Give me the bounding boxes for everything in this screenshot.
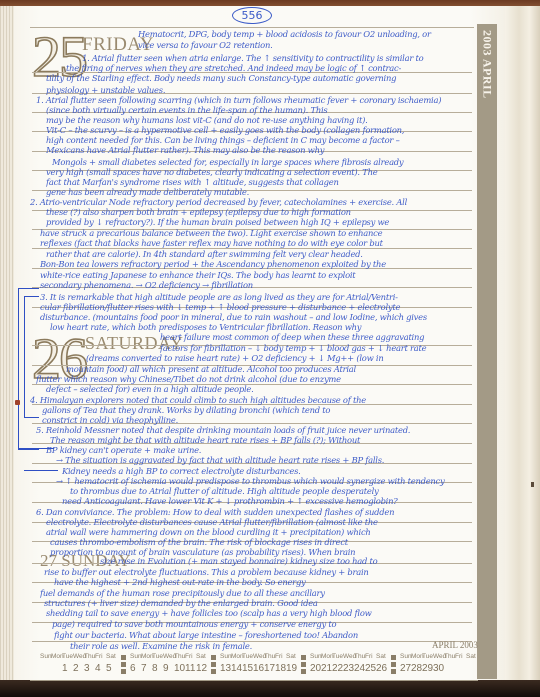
handwritten-line: high content needed for this. Can be liv… [46, 135, 472, 145]
calendar-weekday: Sat [376, 653, 386, 660]
handwritten-line: electrolyte. Electrolyte disturbances ca… [46, 517, 472, 527]
calendar-weekday: Tue [332, 653, 343, 660]
calendar-date: 12 [196, 663, 207, 674]
edge-mark [531, 482, 534, 487]
handwritten-line: rise to buffer out electrolyte fluctuati… [44, 567, 472, 577]
ink-arrow-line [18, 448, 54, 449]
handwritten-line: tility of the Starling effect. Body need… [46, 73, 472, 83]
calendar-weekday: Sat [196, 653, 206, 660]
calendar-date: 11 [185, 663, 195, 674]
page-edge-right [505, 6, 540, 682]
handwritten-line: heart failure most common of deep when t… [160, 332, 472, 342]
calendar-week: Sun13Mon14Tue15Wed16Thu17Fri18Sat19 [220, 653, 304, 679]
handwritten-line: flutter which reason why Chinese/Tibet d… [36, 374, 472, 384]
red-mark [15, 400, 20, 405]
calendar-date: 16 [253, 663, 264, 674]
calendar-weekday: Thu [174, 653, 185, 660]
handwritten-line: physiology + unstable values. [46, 85, 472, 95]
handwritten-line: Mongols + small diabetes selected for, e… [52, 157, 472, 167]
calendar-weekday: Fri [95, 653, 103, 660]
handwritten-line: The reason might be that with altitude h… [50, 435, 472, 445]
calendar-date: 29 [422, 663, 433, 674]
handwritten-line: have the highest + 2nd highest out-rate … [54, 577, 472, 587]
calendar-week-separator [121, 655, 126, 675]
calendar-week-separator [301, 655, 306, 675]
handwritten-line: 3. It is remarkable that high altitude p… [40, 292, 472, 302]
calendar-date: 4 [95, 663, 101, 674]
handwritten-line: secondary phenomena. → O2 deficiency → f… [40, 280, 472, 290]
handwritten-line: 1. Atrial flutter seen when atria enlarg… [82, 53, 472, 63]
handwritten-line: → ↑ hematocrit of ischemia would predisp… [56, 476, 472, 486]
handwritten-line: rather that are calorie). In 4th standar… [46, 249, 472, 259]
handwritten-line: defect – selected for) even in a high al… [46, 384, 472, 394]
handwritten-line: their role as well. Examine the risk in … [70, 641, 472, 651]
month-tab [477, 24, 497, 679]
handwritten-line: Kidney needs a high BP to correct electr… [62, 466, 472, 476]
handwritten-line: Vit-C – the scurvy – is a hypermotive ce… [46, 125, 472, 135]
calendar-date: 1 [62, 663, 68, 674]
calendar-weekday: Fri [455, 653, 463, 660]
handwritten-line: Hematocrit, DPG, body temp + blood acido… [138, 29, 472, 39]
handwritten-line: mountain food) all which present at alti… [66, 364, 472, 374]
handwritten-line: constrict in cold) via theophylline. [42, 415, 472, 425]
calendar-weekday: Tue [62, 653, 73, 660]
calendar-weekday: Fri [275, 653, 283, 660]
handwritten-line: these (?) also sharpen both brain + epil… [46, 207, 472, 217]
calendar-date: 18 [275, 663, 286, 674]
handwritten-line: gallons of Tea that they drank. Works by… [42, 405, 472, 415]
calendar-weekday: Thu [444, 653, 455, 660]
handwritten-line: cular fibrillation/flutter rises with ↓ … [40, 302, 472, 312]
handwritten-line: → The situation is aggravated by fact th… [56, 455, 472, 465]
calendar-weekday: Sat [466, 653, 476, 660]
month-tab-label: 2003 APRIL [477, 30, 497, 110]
handwritten-line: fight our bacteria. What about large int… [54, 630, 472, 640]
handwritten-line: size rose in Evolution (+ man stayed bon… [100, 556, 472, 566]
handwritten-line: vice versa to favour O2 retention. [138, 40, 472, 50]
calendar-date: 17 [264, 663, 275, 674]
page-number: 556 [232, 7, 272, 24]
calendar-date: 28 [411, 663, 422, 674]
calendar-weekday: Sun [130, 653, 142, 660]
handwritten-line: 4. Himalayan explorers noted that could … [30, 395, 472, 405]
footer-month: APRIL 2003 [432, 640, 478, 650]
calendar-date: 15 [242, 663, 253, 674]
handwritten-line: white-rice eating Japanese to enhance th… [40, 270, 472, 280]
handwritten-line: very high (small spaces have no diabetes… [46, 167, 472, 177]
calendar-date: 27 [400, 663, 411, 674]
handwritten-line: atrial wall were hammering down on the b… [46, 527, 472, 537]
calendar-weekday: Fri [365, 653, 373, 660]
handwritten-line: (dreams converted to raise heart rate) +… [86, 353, 472, 363]
calendar-date: 23 [343, 663, 354, 674]
handwritten-line: 6. Dan conviviance. The problem: How to … [36, 507, 472, 517]
handwritten-line: may be the reason why humans lost vit-C … [46, 115, 472, 125]
page-stack-left [0, 6, 14, 682]
handwritten-line: gene has been already made deliberately … [46, 187, 472, 197]
handwritten-line: to thrombus due to Atrial flutter of alt… [70, 486, 472, 496]
handwritten-line: causes thrombo-embolism of the brain. Th… [50, 537, 472, 547]
handwritten-line: 2. Atrio-ventricular Node refractory per… [30, 197, 472, 207]
calendar-date: 9 [163, 663, 169, 674]
calendar-week-separator [391, 655, 396, 675]
calendar-date: 24 [354, 663, 365, 674]
handwritten-line: fact that Marfan's syndrome rises with ↑… [46, 177, 472, 187]
handwritten-line: provided by ↓ refractory?). If the human… [46, 217, 472, 227]
calendar-week-separator [211, 655, 216, 675]
handwritten-line: structures (+ liver size) demanded by th… [44, 598, 472, 608]
calendar-weekday: Tue [242, 653, 253, 660]
handwritten-line: need Anticoagulant. Have lower Vit K + ↓… [62, 496, 472, 506]
handwritten-line: fuel demands of the human rose precipito… [40, 588, 472, 598]
calendar-date: 30 [433, 663, 444, 674]
calendar-weekday: Thu [264, 653, 275, 660]
handwritten-line: shedding tail to save energy + have foll… [46, 608, 472, 618]
calendar-date: 13 [220, 663, 231, 674]
calendar-week: Sun27Mon28Tue29Wed30ThuFriSat [400, 653, 484, 679]
calendar-week: Sun6Mon7Tue8Wed9Thu10Fri11Sat12 [130, 653, 214, 679]
calendar-weekday: Fri [185, 653, 193, 660]
calendar-week: Sun20Mon21Tue22Wed23Thu24Fri25Sat26 [310, 653, 394, 679]
calendar-date: 2 [73, 663, 79, 674]
calendar-week: SunMonTue1Wed2Thu3Fri4Sat5 [40, 653, 124, 679]
handwritten-line: the firing of nerves when they are stret… [66, 63, 472, 73]
handwritten-line: (since both virtually certain events in … [46, 105, 472, 115]
handwritten-line: factors for fibrillation – ↓ body temp +… [160, 343, 472, 353]
calendar-weekday: Thu [84, 653, 95, 660]
handwritten-line: 1. Atrial flutter seen following scarrin… [36, 95, 472, 105]
calendar-date: 22 [332, 663, 343, 674]
calendar-date: 6 [130, 663, 136, 674]
handwritten-line: reflexes (fact that blacks have faster r… [40, 238, 472, 248]
calendar-weekday: Tue [152, 653, 163, 660]
calendar-weekday: Sun [220, 653, 232, 660]
handwritten-line: BP kidney can't operate + make urine. [46, 445, 472, 455]
handwritten-line: Bon-Bon tea lowers refractory period + t… [40, 259, 472, 269]
calendar-date: 7 [141, 663, 147, 674]
calendar-weekday: Thu [354, 653, 365, 660]
calendar-date: 20 [310, 663, 321, 674]
calendar-date: 10 [174, 663, 185, 674]
handwritten-line: Mexicans have Atrial flutter rather). Th… [46, 145, 472, 155]
ink-bracket-inner [24, 296, 39, 418]
handwritten-line: low heart rate, which both predisposes t… [50, 322, 472, 332]
calendar-weekday: Sun [40, 653, 52, 660]
bottom-shadow [0, 680, 540, 697]
calendar-date: 14 [231, 663, 242, 674]
calendar-date: 21 [321, 663, 332, 674]
calendar-date: 5 [106, 663, 112, 674]
calendar-date: 8 [152, 663, 158, 674]
calendar-rule [30, 680, 478, 681]
handwritten-line: 5. Reinhold Messner noted that despite d… [36, 425, 472, 435]
calendar-weekday: Sun [400, 653, 412, 660]
ink-arrow-line [24, 470, 58, 471]
calendar-weekday: Sun [310, 653, 322, 660]
mini-calendar: SunMonTue1Wed2Thu3Fri4Sat5Sun6Mon7Tue8We… [30, 653, 478, 679]
calendar-weekday: Sat [286, 653, 296, 660]
calendar-date: 26 [376, 663, 387, 674]
calendar-date: 3 [84, 663, 90, 674]
handwritten-line: page) required to save both mountainous … [52, 619, 472, 629]
calendar-date: 19 [286, 663, 297, 674]
calendar-weekday: Sat [106, 653, 116, 660]
calendar-weekday: Tue [422, 653, 433, 660]
header-rule [30, 27, 474, 28]
calendar-date: 25 [365, 663, 376, 674]
handwritten-line: disturbance. (mountains food poor in min… [40, 312, 472, 322]
handwritten-line: have struck a precarious balance between… [40, 228, 472, 238]
